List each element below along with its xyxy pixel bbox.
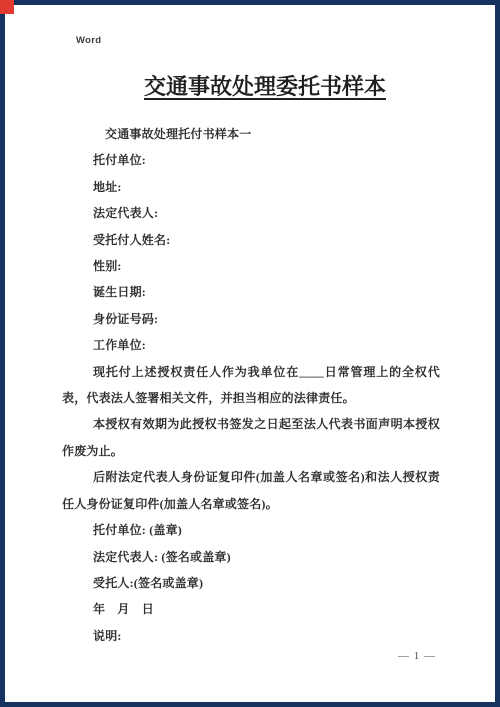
body-paragraph-authorization: 现托付上述授权责任人作为我单位在____日常管理上的全权代表，代表法人签署相关文… [62, 359, 440, 412]
corner-marker [0, 0, 14, 14]
document-title: 交通事故处理委托书样本 [70, 71, 460, 103]
document-page: Word 交通事故处理委托书样本 交通事故处理托付书样本一 托付单位: 地址: … [0, 0, 500, 707]
body-line-work-unit: 工作单位: [62, 332, 440, 358]
word-app-label: Word [76, 35, 101, 46]
page-number: — 1 — [398, 650, 436, 662]
body-line-gender: 性别: [62, 253, 440, 279]
document-body: 交通事故处理托付书样本一 托付单位: 地址: 法定代表人: 受托付人姓名: 性别… [62, 121, 440, 649]
body-line-date: 年 月 日 [62, 596, 440, 622]
body-line-legal-representative: 法定代表人: [62, 200, 440, 226]
body-line-notes: 说明: [62, 623, 440, 649]
body-line-id-number: 身份证号码: [62, 306, 440, 332]
body-paragraph-attachments: 后附法定代表人身份证复印件(加盖人名章或签名)和法人授权责任人身份证复印件(加盖… [62, 464, 440, 517]
body-line-seal: 托付单位: (盖章) [62, 517, 440, 543]
body-line-trustee-signature: 受托人:(签名或盖章) [62, 570, 440, 596]
body-line-address: 地址: [62, 174, 440, 200]
body-paragraph-validity: 本授权有效期为此授权书签发之日起至法人代表书面声明本授权作废为止。 [62, 411, 440, 464]
body-line-subtitle: 交通事故处理托付书样本一 [62, 121, 440, 147]
body-line-representative-signature: 法定代表人: (签名或盖章) [62, 544, 440, 570]
body-line-trustee-name: 受托付人姓名: [62, 227, 440, 253]
body-line-birth-date: 诞生日期: [62, 279, 440, 305]
body-line-entrusting-unit: 托付单位: [62, 147, 440, 173]
